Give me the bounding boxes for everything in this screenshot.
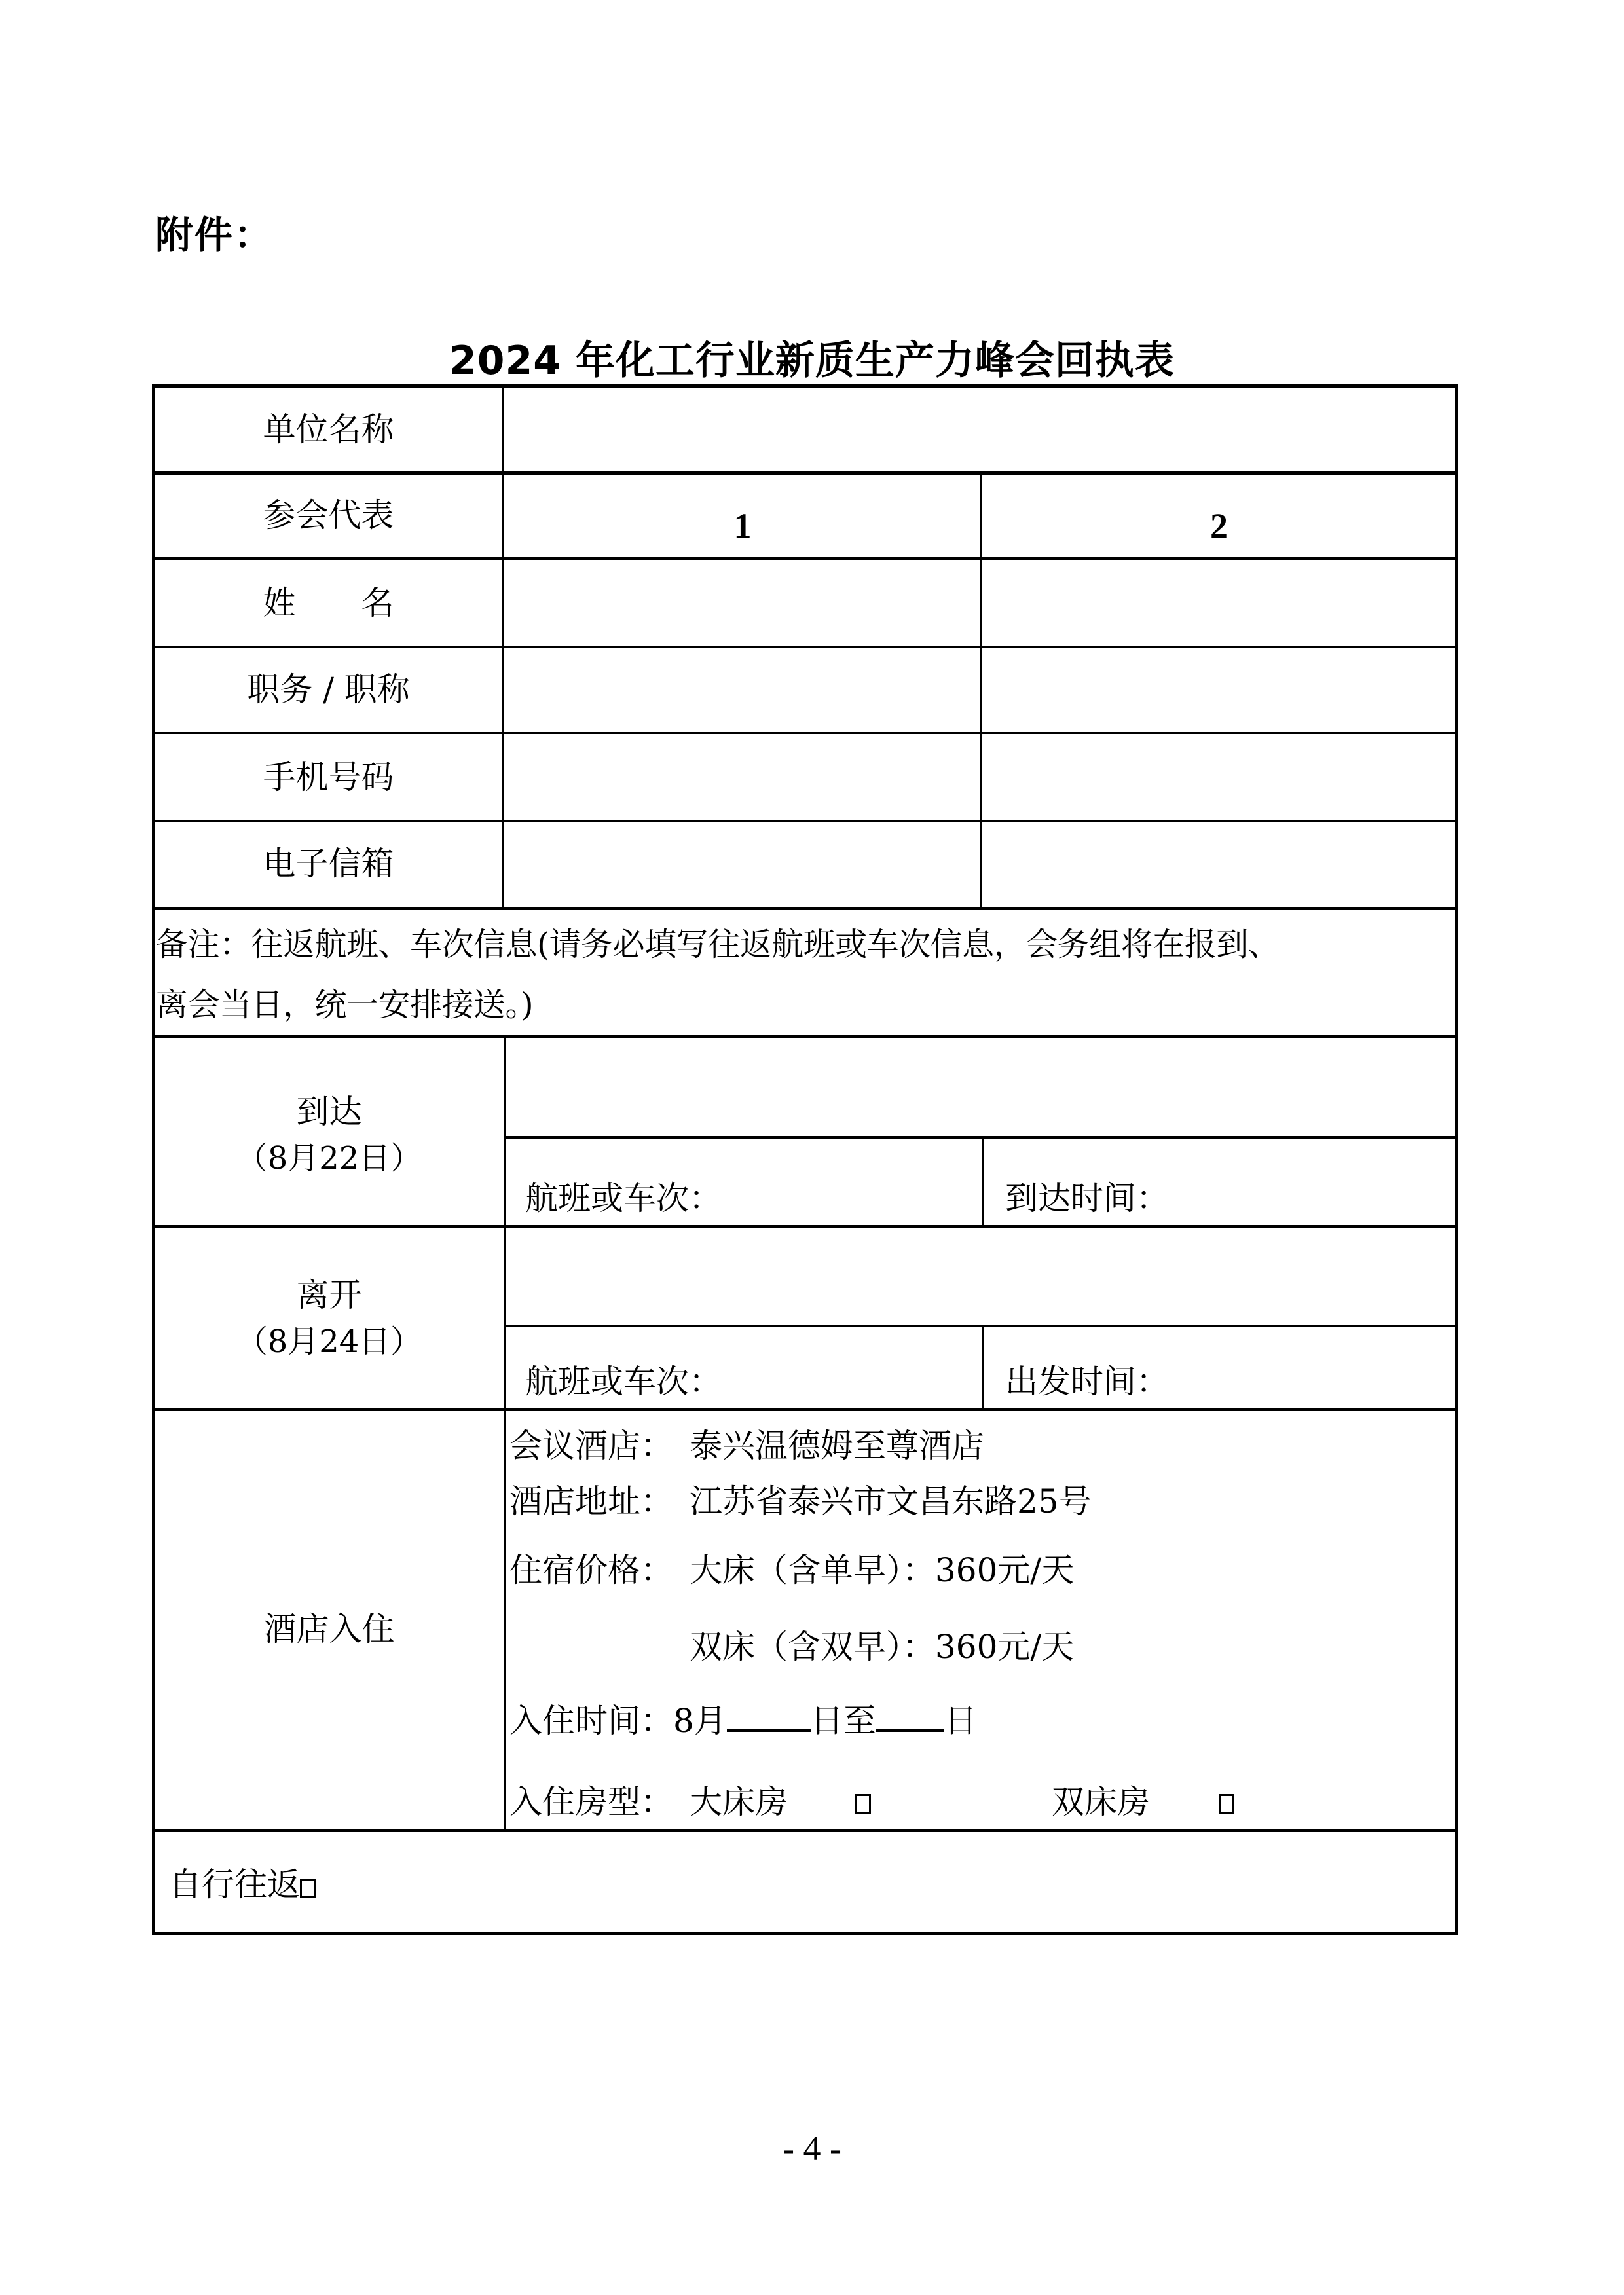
position-field-1[interactable]: [506, 649, 980, 731]
room-king-label: 大床房: [690, 1786, 788, 1818]
hotel-label: 酒店入住: [155, 1613, 504, 1645]
hotel-price-king: 大床（含单早）：360元/天: [690, 1554, 1074, 1587]
page-number: - 4 -: [0, 2128, 1624, 2169]
arrival-subcolumn-divider: [982, 1137, 984, 1225]
checkin-from-suffix: 日至: [811, 1702, 876, 1740]
checkin-time-label: 入住时间：: [509, 1702, 673, 1740]
hotel-address-label: 酒店地址：: [509, 1485, 673, 1518]
name-label: 姓 名: [155, 587, 502, 619]
hotel-price-twin: 双床（含双早）：360元/天: [690, 1630, 1074, 1663]
row-divider: [152, 907, 1457, 910]
arrival-flight-field[interactable]: [720, 1141, 980, 1224]
checkin-month: 8月: [673, 1702, 727, 1740]
self-travel-label: 自行往返: [169, 1865, 300, 1903]
arrival-info-field[interactable]: [507, 1038, 1454, 1135]
room-twin-checkbox[interactable]: [1219, 1794, 1234, 1814]
checkin-from-day-field[interactable]: [727, 1729, 811, 1732]
attachment-label: 附件：: [155, 204, 273, 259]
label-column-divider: [504, 1035, 506, 1829]
hotel-name-label: 会议酒店：: [509, 1429, 673, 1462]
checkin-to-day-field[interactable]: [876, 1729, 944, 1732]
label-column-divider: [502, 384, 504, 907]
row-divider: [152, 820, 1457, 822]
document-page: 附件： 2024 年化工行业新质生产力峰会回执表 单位名称 参会代表 1: [0, 0, 1624, 2295]
hotel-address-value: 江苏省泰兴市文昌东路25号: [690, 1485, 1092, 1518]
row-divider: [152, 471, 1457, 475]
arrival-flight-label: 航班或车次：: [525, 1182, 722, 1215]
email-field-1[interactable]: [506, 823, 980, 906]
room-twin-label: 双床房: [1052, 1786, 1150, 1818]
arrival-label: 到达: [155, 1095, 504, 1128]
departure-label: 离开: [155, 1279, 504, 1312]
arrival-subrow-divider: [505, 1136, 1456, 1139]
arrival-time-label: 到达时间：: [1005, 1182, 1169, 1215]
departure-time-label: 出发时间：: [1005, 1365, 1169, 1398]
departure-subrow-divider: [505, 1325, 1456, 1327]
notes-line-1: 备注：往返航班、车次信息(请务必填写往返航班或车次信息，会务组将在报到、: [156, 928, 1280, 961]
name-field-2[interactable]: [984, 560, 1454, 646]
checkin-to-suffix: 日: [944, 1702, 977, 1740]
table-border-right: [1455, 384, 1458, 1935]
position-field-2[interactable]: [984, 649, 1454, 731]
roomtype-label: 入住房型：: [509, 1786, 673, 1818]
room-king-checkbox[interactable]: [855, 1794, 871, 1814]
checkin-time-row: 入住时间：8月日至日: [509, 1704, 977, 1737]
mobile-field-2[interactable]: [984, 735, 1454, 820]
self-travel-checkbox[interactable]: [300, 1879, 316, 1898]
notes-line-2: 离会当日，统一安排接送。): [156, 989, 533, 1021]
hotel-price-label: 住宿价格：: [509, 1554, 673, 1587]
departure-flight-field[interactable]: [720, 1329, 980, 1407]
departure-subcolumn-divider: [982, 1327, 984, 1408]
representatives-label: 参会代表: [155, 499, 502, 532]
mobile-label: 手机号码: [155, 761, 502, 794]
mobile-field-1[interactable]: [506, 735, 980, 820]
departure-date: （8月24日）: [155, 1326, 504, 1357]
row-divider: [152, 646, 1457, 648]
table-border-top: [152, 384, 1457, 388]
unit-name-label: 单位名称: [155, 413, 502, 446]
departure-time-field[interactable]: [1169, 1329, 1454, 1407]
row-divider: [152, 732, 1457, 734]
row-divider: [155, 1829, 1458, 1832]
departure-flight-label: 航班或车次：: [525, 1365, 722, 1398]
row-divider: [152, 1035, 1457, 1038]
representative-2-header: 2: [983, 508, 1455, 543]
row-divider: [152, 1225, 1457, 1228]
departure-info-field[interactable]: [507, 1229, 1454, 1325]
position-label: 职务 / 职称: [155, 673, 502, 706]
arrival-time-field[interactable]: [1169, 1141, 1454, 1224]
hotel-name-value: 泰兴温德姆至尊酒店: [690, 1429, 984, 1462]
email-field-2[interactable]: [984, 823, 1454, 906]
representative-1-header: 1: [505, 508, 980, 543]
unit-name-field[interactable]: [506, 388, 1454, 471]
self-travel-row: 自行往返: [169, 1868, 316, 1901]
arrival-date: （8月22日）: [155, 1143, 504, 1174]
rep-column-divider: [980, 471, 982, 907]
table-border-bottom: [155, 1932, 1458, 1935]
email-label: 电子信箱: [155, 847, 502, 880]
form-title: 2024 年化工行业新质生产力峰会回执表: [0, 329, 1624, 386]
row-divider: [152, 1408, 1457, 1411]
name-field-1[interactable]: [506, 560, 980, 646]
